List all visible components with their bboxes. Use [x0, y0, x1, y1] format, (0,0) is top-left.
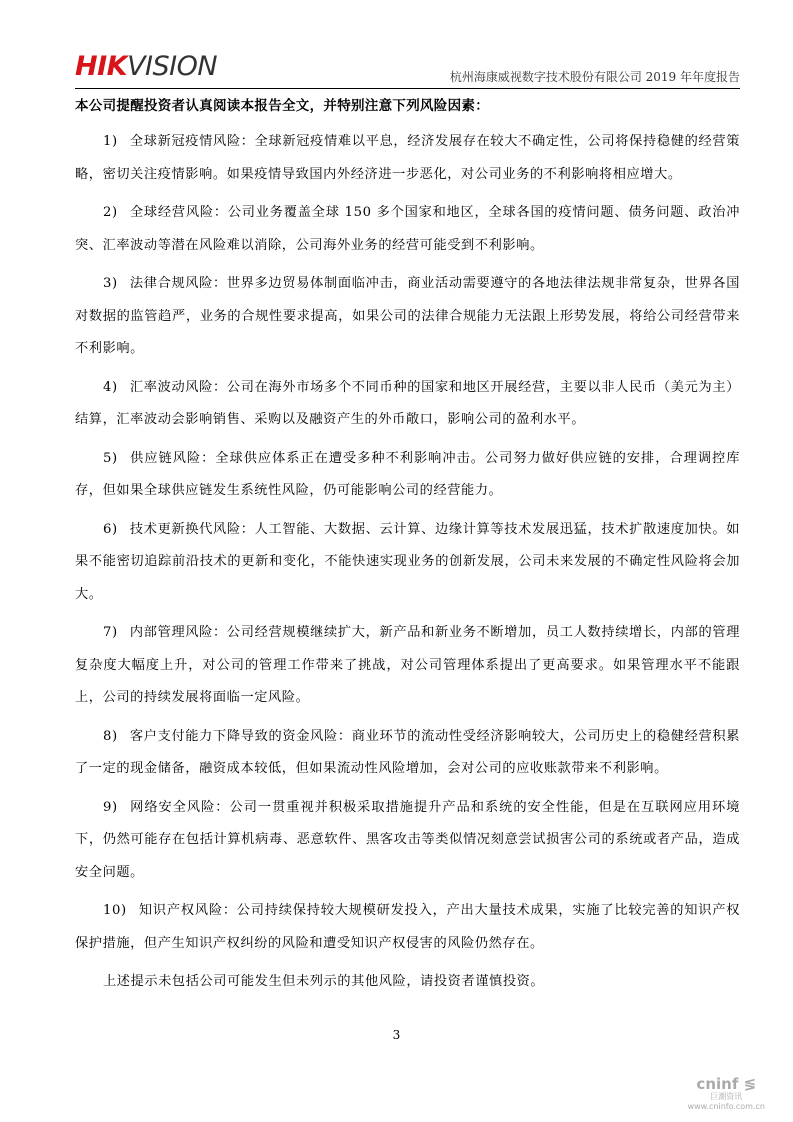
- risk-item: 3)法律合规风险：世界多边贸易体制面临冲击，商业活动需要遵守的各地法律法规非常复…: [75, 268, 740, 366]
- logo-hik: HIK: [75, 51, 127, 82]
- hikvision-logo: HIKVISION: [75, 52, 217, 82]
- risk-number: 2): [103, 205, 118, 220]
- risk-text: 技术更新换代风险：人工智能、大数据、云计算、边缘计算等技术发展迅猛，技术扩散速度…: [75, 522, 740, 602]
- risk-item: 1)全球新冠疫情风险：全球新冠疫情难以平息，经济发展存在较大不确定性，公司将保持…: [75, 126, 740, 191]
- logo-vision: VISION: [127, 51, 217, 82]
- risk-text: 内部管理风险：公司经营规模继续扩大，新产品和新业务不断增加，员工人数持续增长，内…: [75, 625, 740, 705]
- risk-item: 10)知识产权风险：公司持续保持较大规模研发投入，产出大量技术成果，实施了比较完…: [75, 895, 740, 960]
- risk-text: 客户支付能力下降导致的资金风险：商业环节的流动性受经济影响较大，公司历史上的稳健…: [75, 729, 740, 777]
- page-number: 3: [0, 1028, 793, 1042]
- page-header: HIKVISION 杭州海康威视数字技术股份有限公司 2019 年年度报告: [75, 50, 740, 89]
- risk-item: 6)技术更新换代风险：人工智能、大数据、云计算、边缘计算等技术发展迅猛，技术扩散…: [75, 514, 740, 612]
- risk-number: 10): [103, 903, 127, 918]
- risk-item: 2)全球经营风险：公司业务覆盖全球 150 多个国家和地区，全球各国的疫情问题、…: [75, 197, 740, 262]
- document-body: 本公司提醒投资者认真阅读本报告全文，并特别注意下列风险因素： 1)全球新冠疫情风…: [75, 94, 740, 1005]
- risk-text: 汇率波动风险：公司在海外市场多个不同币种的国家和地区开展经营，主要以非人民币（美…: [75, 380, 740, 428]
- risk-text: 供应链风险：全球供应体系正在遭受多种不利影响冲击。公司努力做好供应链的安排，合理…: [75, 451, 740, 499]
- risk-number: 9): [103, 800, 118, 815]
- risk-number: 8): [103, 729, 118, 744]
- risk-number: 3): [103, 276, 118, 291]
- risk-number: 4): [103, 380, 118, 395]
- watermark-cn: 巨潮资讯: [688, 1092, 765, 1102]
- risk-text: 网络安全风险：公司一贯重视并积极采取措施提升产品和系统的安全性能，但是在互联网应…: [75, 800, 740, 880]
- risk-item: 8)客户支付能力下降导致的资金风险：商业环节的流动性受经济影响较大，公司历史上的…: [75, 721, 740, 786]
- risk-number: 1): [103, 134, 118, 149]
- risk-item: 5)供应链风险：全球供应体系正在遭受多种不利影响冲击。公司努力做好供应链的安排，…: [75, 443, 740, 508]
- watermark-brand: cninf ≶: [688, 1076, 765, 1092]
- closing-statement: 上述提示未包括公司可能发生但未列示的其他风险，请投资者谨慎投资。: [75, 966, 740, 999]
- risk-text: 法律合规风险：世界多边贸易体制面临冲击，商业活动需要遵守的各地法律法规非常复杂，…: [75, 276, 740, 356]
- report-title: 杭州海康威视数字技术股份有限公司 2019 年年度报告: [450, 69, 740, 85]
- risk-notice-heading: 本公司提醒投资者认真阅读本报告全文，并特别注意下列风险因素：: [75, 94, 740, 118]
- risk-number: 7): [103, 625, 118, 640]
- risk-number: 5): [103, 451, 118, 466]
- risk-text: 全球新冠疫情风险：全球新冠疫情难以平息，经济发展存在较大不确定性，公司将保持稳健…: [75, 134, 740, 182]
- risk-text: 知识产权风险：公司持续保持较大规模研发投入，产出大量技术成果，实施了比较完善的知…: [75, 903, 740, 951]
- cninfo-logo-icon: ≶: [744, 1075, 757, 1093]
- cninfo-watermark: cninf ≶ 巨潮资讯 www.cninfo.com.cn: [688, 1076, 765, 1112]
- risk-text: 全球经营风险：公司业务覆盖全球 150 多个国家和地区，全球各国的疫情问题、债务…: [75, 205, 740, 253]
- risk-item: 9)网络安全风险：公司一贯重视并积极采取措施提升产品和系统的安全性能，但是在互联…: [75, 792, 740, 890]
- risk-number: 6): [103, 522, 118, 537]
- watermark-url: www.cninfo.com.cn: [688, 1102, 765, 1112]
- risk-item: 4)汇率波动风险：公司在海外市场多个不同币种的国家和地区开展经营，主要以非人民币…: [75, 372, 740, 437]
- risk-item: 7)内部管理风险：公司经营规模继续扩大，新产品和新业务不断增加，员工人数持续增长…: [75, 617, 740, 715]
